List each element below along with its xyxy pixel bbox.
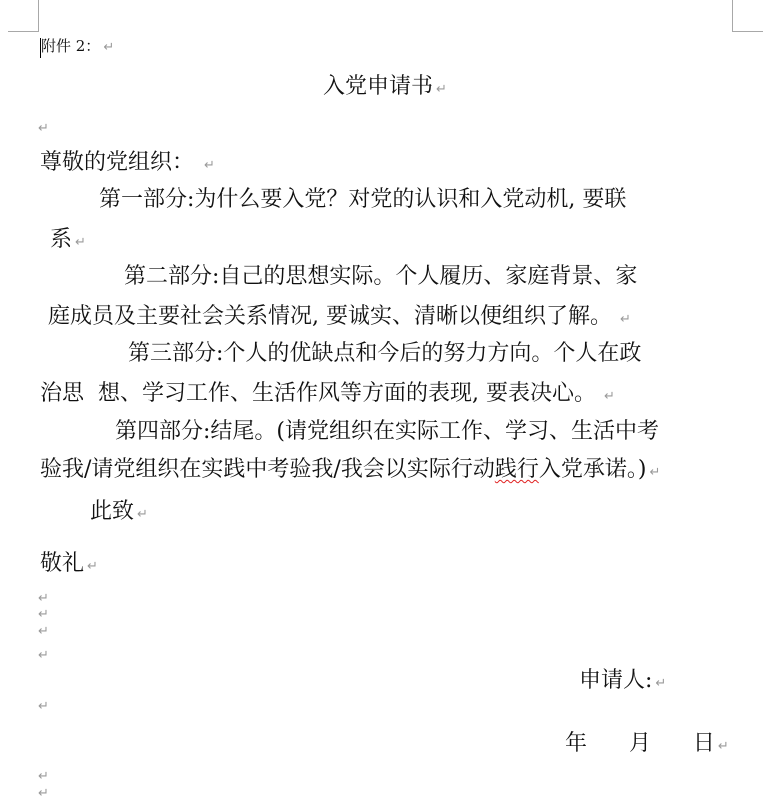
paragraph-text: 治思 想、学习工作、生活作风等方面的表现, 要表决心。: [40, 381, 596, 406]
closing-ci-zhi: 此致: [90, 499, 134, 524]
paragraph-mark-icon: ↵: [137, 507, 148, 522]
salutation-line[interactable]: 尊敬的党组织：↵: [40, 152, 215, 174]
closing-line-1[interactable]: 此致↵: [90, 501, 148, 523]
applicant-line[interactable]: 申请人:↵: [579, 670, 666, 692]
paragraph-1-line-1[interactable]: 第一部分:为什么要入党？对党的认识和入党动机, 要联: [99, 189, 626, 211]
paragraph-mark-icon: ↵: [103, 40, 114, 55]
paragraph-3-line-2[interactable]: 治思 想、学习工作、生活作风等方面的表现, 要表决心。↵: [40, 383, 615, 405]
empty-paragraph-mark-icon: ↵: [38, 700, 49, 713]
paragraph-2-line-1[interactable]: 第二部分:自己的思想实际。个人履历、家庭背景、家: [124, 266, 637, 288]
paragraph-text: 入党承诺。): [539, 457, 647, 482]
document-title: 入党申请书: [323, 74, 433, 99]
paragraph-mark-icon: ↵: [655, 676, 666, 691]
paragraph-1-line-2[interactable]: 系↵: [50, 229, 86, 251]
paragraph-mark-icon: ↵: [204, 158, 215, 173]
paragraph-text: 系: [50, 227, 72, 252]
empty-paragraph-mark-icon: ↵: [38, 770, 49, 783]
paragraph-mark-icon: ↵: [75, 235, 86, 250]
applicant-label: 申请人:: [579, 668, 652, 693]
paragraph-mark-icon: ↵: [649, 465, 660, 480]
empty-paragraph-mark-icon: ↵: [38, 608, 49, 621]
empty-paragraph-mark-icon: ↵: [38, 649, 49, 662]
paragraph-mark-icon: ↵: [87, 559, 98, 574]
paragraph-text: 验我/请党组织在实践中考验我/我会以实际行动: [40, 457, 495, 482]
page-corner-mark-top-left: [8, 0, 39, 32]
paragraph-text: 第二部分:自己的思想实际。个人履历、家庭背景、家: [124, 264, 637, 289]
empty-paragraph-mark-icon: ↵: [38, 787, 49, 800]
paragraph-3-line-1[interactable]: 第三部分:个人的优缺点和今后的努力方向。个人在政: [128, 343, 641, 365]
paragraph-4-line-2[interactable]: 验我/请党组织在实践中考验我/我会以实际行动践行入党承诺。)↵: [40, 459, 660, 481]
closing-jing-li: 敬礼: [40, 551, 84, 576]
paragraph-mark-icon: ↵: [620, 312, 631, 327]
paragraph-4-line-1[interactable]: 第四部分:结尾。(请党组织在实际工作、学习、生活中考: [115, 421, 659, 443]
paragraph-text: 庭成员及主要社会关系情况, 要诚实、清晰以便组织了解。: [48, 304, 612, 329]
date-placeholder: 年 月 日: [565, 731, 715, 756]
paragraph-mark-icon: ↵: [718, 739, 729, 754]
attachment-label-line[interactable]: 附件 2：↵: [41, 39, 114, 54]
paragraph-mark-icon: ↵: [436, 82, 447, 97]
date-line[interactable]: 年 月 日↵: [565, 733, 729, 755]
empty-paragraph-mark-icon: ↵: [38, 592, 49, 605]
attachment-label: 附件 2：: [41, 37, 100, 55]
spellcheck-flagged-text[interactable]: 践行: [495, 457, 539, 482]
empty-paragraph-mark-icon: ↵: [38, 122, 49, 135]
salutation: 尊敬的党组织：: [40, 150, 194, 175]
paragraph-mark-icon: ↵: [604, 389, 615, 404]
document-title-line[interactable]: 入党申请书↵: [323, 76, 447, 98]
closing-line-2[interactable]: 敬礼↵: [40, 553, 98, 575]
paragraph-text: 第一部分:为什么要入党？对党的认识和入党动机, 要联: [99, 187, 626, 212]
paragraph-text: 第四部分:结尾。(请党组织在实际工作、学习、生活中考: [115, 419, 659, 444]
page-corner-mark-top-right: [732, 0, 763, 32]
empty-paragraph-mark-icon: ↵: [38, 625, 49, 638]
paragraph-2-line-2[interactable]: 庭成员及主要社会关系情况, 要诚实、清晰以便组织了解。↵: [48, 306, 631, 328]
paragraph-text: 第三部分:个人的优缺点和今后的努力方向。个人在政: [128, 341, 641, 366]
